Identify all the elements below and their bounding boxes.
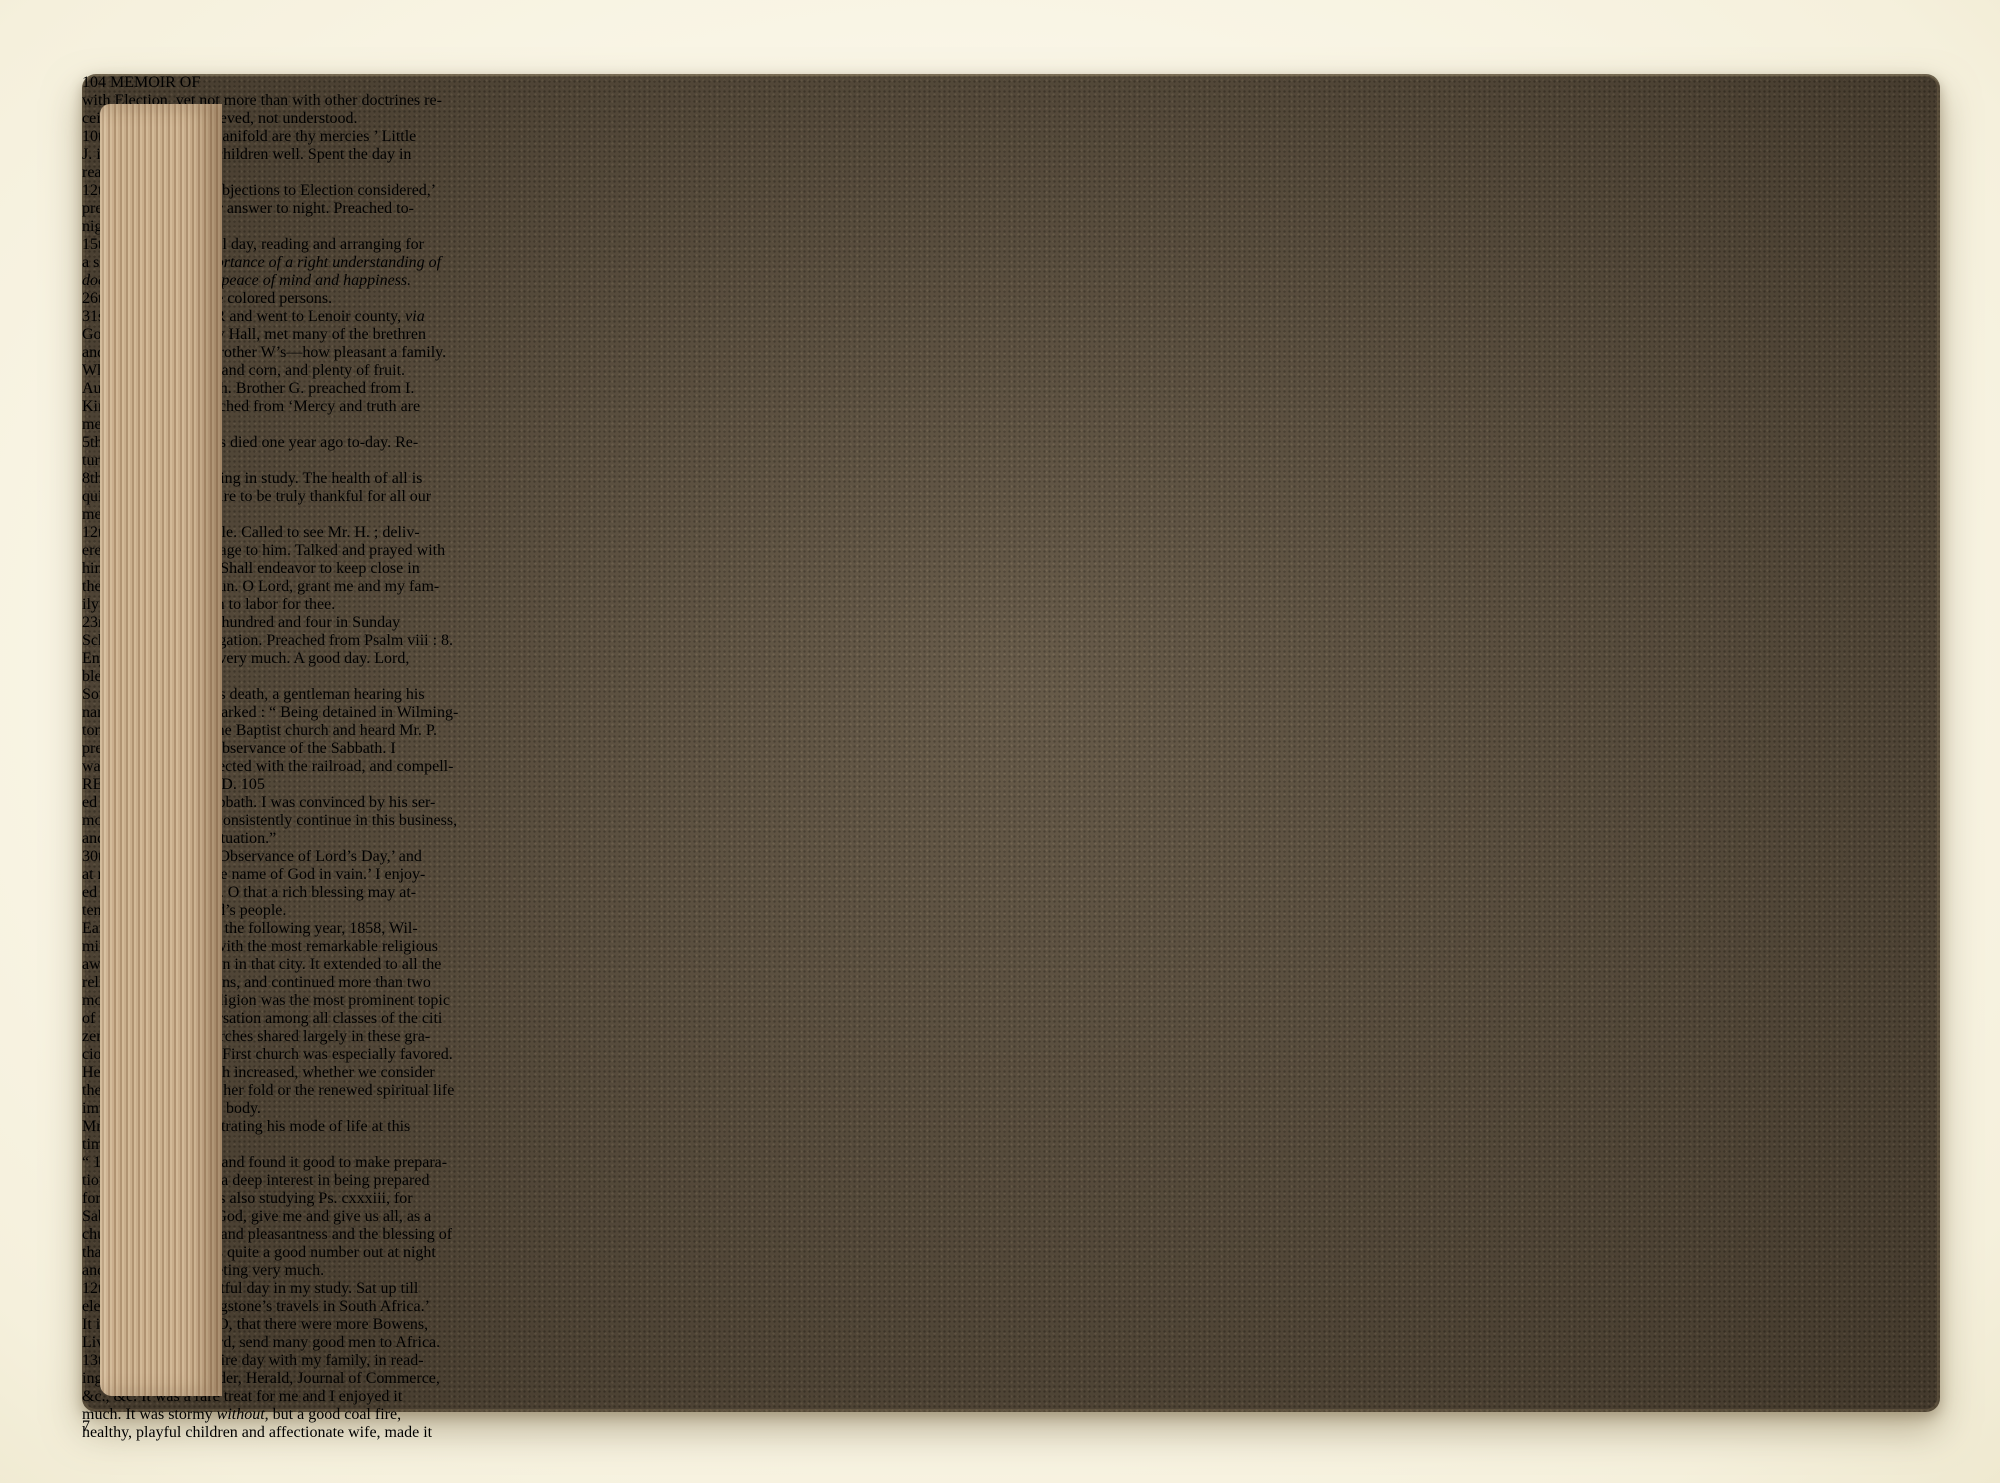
text-line: bless. (82, 668, 1940, 686)
text-line: Early in the Spring of the following yea… (82, 920, 1940, 938)
text-line: 5th—Dear little James died one year ago … (82, 434, 1940, 452)
text-line: of thought and conversation among all cl… (82, 1010, 1940, 1028)
text-line: August 2nd.—Sabbath. Brother G. preached… (82, 380, 1940, 398)
text-line: a sermon, on the importance of a right u… (82, 254, 1940, 272)
left-running-header: MEMOIR OF (110, 74, 200, 91)
text-line: religious denominations, and continued m… (82, 974, 1940, 992)
text-line: and sisters, Went to brother W’s—how ple… (82, 344, 1940, 362)
text-line: ton once, I attended the Baptist church … (82, 722, 1940, 740)
text-line: Mr. P’s. diary, as illustrating his mode… (82, 1118, 1940, 1136)
text-line: ily health and strength to labor for the… (82, 596, 1940, 614)
text-line: 12th.—Preached—‘Objections to Election c… (82, 182, 1940, 200)
text-line: was at that time connected with the rail… (82, 758, 1940, 776)
text-line: Goldsboro. At Mosely Hall, met many of t… (82, 326, 1940, 344)
left-page-text: 104 MEMOIR OF with Election, yet not mor… (82, 74, 1940, 776)
right-page-body: ed to travel on the Sabbath. I was convi… (82, 794, 1940, 1442)
text-line: School ; good congregation. Preached fro… (82, 632, 1940, 650)
text-line: months. For a time religion was the most… (82, 992, 1940, 1010)
text-line: him. It is very warm. Shall endeavor to … (82, 560, 1940, 578)
text-line: 12th—Feel quite feeble. Called to see Mr… (82, 524, 1940, 542)
right-page-text: REV. J. L. PRICHARD. 105 ed to travel on… (82, 776, 1940, 1436)
text-line: awakening ever known in that city. It ex… (82, 956, 1940, 974)
text-line: reading. (82, 164, 1940, 182)
left-page-number: 104 (82, 74, 106, 91)
text-line: ing the papers, Recorder, Herald, Journa… (82, 1370, 1940, 1388)
text-line: 23rd.—Sabbath. One hundred and four in S… (82, 614, 1940, 632)
text-line: mercies. (82, 506, 1940, 524)
text-line: tend the labors of God’s people. (82, 902, 1940, 920)
text-line: mon that I could not consistently contin… (82, 812, 1940, 830)
page-edge-stack-left (100, 104, 222, 1396)
text-line: Livingstones, &c. Lord, send many good m… (82, 1334, 1940, 1352)
text-line: tion for to-night. Felt a deep interest … (82, 1172, 1940, 1190)
text-line: the numbers added to her fold or the ren… (82, 1082, 1940, 1100)
text-line: mington was visited with the most remark… (82, 938, 1940, 956)
text-line: What fields of cotton and corn, and plen… (82, 362, 1940, 380)
text-line: &c., &c. It was a rare treat for me and … (82, 1388, 1940, 1406)
text-line: 15th.—In my study all day, reading and a… (82, 236, 1940, 254)
text-line: ed the day very much. O that a rich bles… (82, 884, 1940, 902)
text-line: Sabbath morning. O God, give me and give… (82, 1208, 1940, 1226)
text-line: ered W’s. dying message to him. Talked a… (82, 542, 1940, 560)
text-line: cious influences. The First church was e… (82, 1046, 1940, 1064)
text-line: zens. The Baptist churches shared largel… (82, 1028, 1940, 1046)
text-line: church, the goodness and pleasantness an… (82, 1226, 1940, 1244)
text-line: Her strength was much increased, whether… (82, 1064, 1940, 1082)
right-page-header: REV. J. L. PRICHARD. 105 (82, 776, 1940, 794)
left-page-body: with Election, yet not more than with ot… (82, 92, 1940, 776)
text-line: eleven reading ‘Livingstone’s travels in… (82, 1298, 1940, 1316)
text-line: time : (82, 1136, 1940, 1154)
text-line: Kings viii : 26. I preached from ‘Mercy … (82, 398, 1940, 416)
text-line: 26th.—Baptized three colored persons. (82, 290, 1940, 308)
text-line: met, &c.’ (82, 416, 1940, 434)
text-line: 30th.—Preached on ‘Observance of Lord’s … (82, 848, 1940, 866)
text-line: 12th.—A most delightful day in my study.… (82, 1280, 1940, 1298)
page-edge-stack-top (206, 100, 1860, 166)
text-line: imparted to the whole body. (82, 1100, 1940, 1118)
text-line: and I enjoyed the meeting very much. (82, 1262, 1940, 1280)
text-line: quite good now. I desire to be truly tha… (82, 488, 1940, 506)
photo-background: 104 MEMOIR OF with Election, yet not mor… (0, 0, 2000, 1483)
text-line: doctrines, in order to peace of mind and… (82, 272, 1940, 290)
text-line: 8th.—Spent the morning in study. The hea… (82, 470, 1940, 488)
text-line: for this meeting. I was also studying Ps… (82, 1190, 1940, 1208)
text-line: the house out of the sun. O Lord, grant … (82, 578, 1940, 596)
text-line: 13th.—I spent the entire day with my fam… (82, 1352, 1940, 1370)
right-page-number: 105 (241, 776, 265, 793)
text-line: turned home. (82, 452, 1940, 470)
text-line: and so resigned my situation.” (82, 830, 1940, 848)
text-line: preach on the pr per observance of the S… (82, 740, 1940, 758)
text-line: name mentioned, remarked : “ Being detai… (82, 704, 1940, 722)
text-line: that Psalm. There was quite a good numbe… (82, 1244, 1940, 1262)
text-line: preliminary to a fuller answer to night.… (82, 200, 1940, 218)
text-line: ed to travel on the Sabbath. I was convi… (82, 794, 1940, 812)
text-line: “ 11th.—In my study and found it good to… (82, 1154, 1940, 1172)
text-line: Some months after his death, a gentleman… (82, 686, 1940, 704)
text-line: 31st.—Took M. and R and went to Lenoir c… (82, 308, 1940, 326)
text-line: night. (82, 218, 1940, 236)
text-line: at night on ‘Taking the name of God in v… (82, 866, 1940, 884)
left-page-header: 104 MEMOIR OF (82, 74, 1940, 92)
text-line: It is a thrilling book. O, that there we… (82, 1316, 1940, 1334)
book: 104 MEMOIR OF with Election, yet not mor… (82, 74, 1940, 1412)
text-line: Enjoyed the services very much. A good d… (82, 650, 1940, 668)
